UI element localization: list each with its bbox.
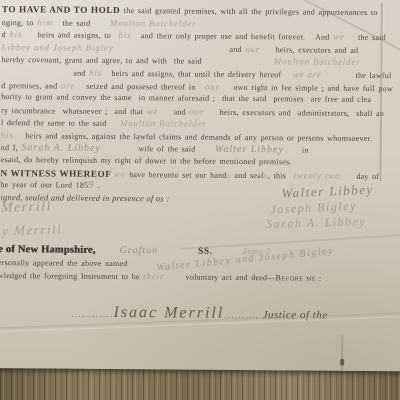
text-segment: we bbox=[147, 105, 159, 118]
text-segment: and bbox=[229, 44, 245, 57]
signature-sarah-libbey: Sarah A. Libbey bbox=[266, 214, 366, 232]
witness-signature-2: y Merrill bbox=[2, 222, 62, 240]
text-segment: our bbox=[245, 43, 260, 56]
deed-line: hereby covenant, grant and agree, to and… bbox=[1, 53, 400, 69]
habendum-heading: TO HAVE AND TO HOLD bbox=[2, 3, 121, 17]
county-handwritten: Grafton bbox=[119, 244, 158, 257]
text-segment: his bbox=[89, 67, 102, 80]
ss-abbreviation: SS. bbox=[198, 245, 212, 258]
justice-line: ............Isaac Merrill.......... Just… bbox=[71, 307, 327, 322]
text-segment: wife of the said bbox=[135, 143, 199, 156]
justice-signature: Isaac Merrill bbox=[113, 307, 224, 320]
text-segment: we bbox=[333, 31, 345, 44]
deed-content: TO HAVE AND TO HOLD the said granted pre… bbox=[0, 0, 400, 371]
deed-line: wledged the foregoing Instrument to be t… bbox=[0, 269, 400, 285]
grantee-name-handwritten: Moulton Batchelder bbox=[110, 17, 197, 30]
text-segment: voluntary act and deed— bbox=[182, 271, 276, 285]
before-me-clause: Before me : bbox=[276, 271, 322, 284]
text-segment: nd I, bbox=[1, 142, 22, 155]
text-segment: our bbox=[189, 105, 204, 118]
deed-paper: TO HAVE AND TO HOLD the said granted pre… bbox=[0, 0, 400, 371]
text-segment: the lawful bbox=[356, 70, 392, 83]
text-segment: , this bbox=[268, 170, 290, 183]
text-segment: in bbox=[302, 144, 309, 157]
text-segment: and seal bbox=[231, 170, 264, 183]
text-segment: we are bbox=[293, 68, 322, 81]
paper-crease bbox=[341, 335, 343, 371]
text-segment: our bbox=[205, 80, 220, 93]
witness-clause-heading: N WITNESS WHEREOF bbox=[1, 167, 115, 180]
text-segment: and bbox=[73, 68, 89, 81]
text-segment: the said bbox=[355, 32, 386, 45]
text-segment: his bbox=[9, 28, 22, 41]
text-segment: and their only proper use and benefit fo… bbox=[137, 30, 333, 44]
text-segment: are bbox=[61, 79, 75, 92]
grantor-names-handwritten: Libbey and Joseph Bigley bbox=[2, 41, 114, 54]
text-segment: ersonally appeared the above named bbox=[0, 256, 128, 270]
deed-body-lines: TO HAVE AND TO HOLD the said granted pre… bbox=[0, 3, 400, 208]
grantee-name-handwritten: Moulton Batchelder bbox=[274, 56, 361, 69]
text-segment: heirs, executors and administrators, sha… bbox=[216, 107, 384, 121]
day-handwritten: twenty two bbox=[294, 169, 341, 182]
witness-signature-1: e Merrill bbox=[0, 199, 52, 217]
husband-name-handwritten: Walter Libbey bbox=[215, 143, 284, 156]
ruled-dots: ............ bbox=[71, 309, 113, 322]
text-segment: the said bbox=[59, 17, 94, 30]
text-segment: we bbox=[114, 168, 126, 181]
text-segment: his bbox=[118, 29, 131, 42]
grantee-name-handwritten: Moulton Batchelder bbox=[120, 117, 207, 130]
text-segment: he year of our Lord 185 bbox=[0, 179, 88, 192]
ruled-dots: .......... bbox=[224, 310, 259, 323]
paper-speck bbox=[340, 359, 344, 366]
justice-of-the-peace-label: Justice of the bbox=[259, 309, 327, 322]
text-segment: . bbox=[94, 180, 100, 193]
text-segment: wledged the foregoing Instrument to be bbox=[0, 269, 143, 283]
photo-of-deed: TO HAVE AND TO HOLD the said granted pre… bbox=[0, 0, 400, 400]
text-segment: l defend the same to the said bbox=[1, 117, 110, 130]
wife-name-handwritten: Sarah A. Libbey bbox=[21, 142, 101, 155]
state-of-new-hampshire-blackletter: e of New Hampshire, bbox=[0, 243, 96, 257]
text-segment: his bbox=[1, 129, 14, 142]
text-segment: have hereunto set our hand bbox=[126, 169, 227, 182]
text-segment: him bbox=[37, 16, 53, 29]
